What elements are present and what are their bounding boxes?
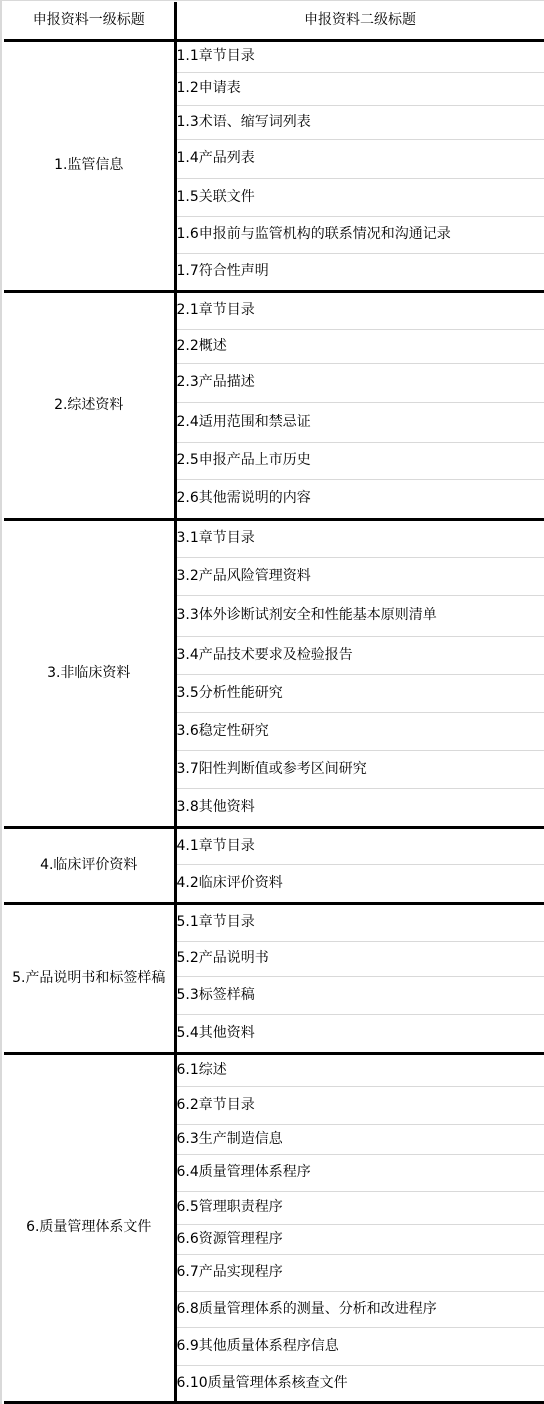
item-title-cell[interactable]: 5.4其他资料 <box>175 1014 544 1053</box>
table-row: 4.临床评价资料4.1章节目录 <box>4 827 544 864</box>
header-level1-title[interactable]: 申报资料一级标题 <box>4 2 175 40</box>
item-title-cell[interactable]: 1.1章节目录 <box>175 40 544 72</box>
item-title-cell[interactable]: 5.2产品说明书 <box>175 941 544 976</box>
spreadsheet: 申报资料一级标题 申报资料二级标题 1.监管信息1.1章节目录1.2申请表1.3… <box>0 0 544 1404</box>
item-title-cell[interactable]: 2.2概述 <box>175 329 544 363</box>
item-title-cell[interactable]: 2.3产品描述 <box>175 363 544 402</box>
item-title-cell[interactable]: 5.3标签样稿 <box>175 976 544 1014</box>
item-title-cell[interactable]: 3.3体外诊断试剂安全和性能基本原则清单 <box>175 595 544 636</box>
table-row: 2.综述资料2.1章节目录 <box>4 291 544 329</box>
item-title-cell[interactable]: 6.5管理职责程序 <box>175 1191 544 1224</box>
item-title-cell[interactable]: 6.10质量管理体系核查文件 <box>175 1365 544 1402</box>
item-title-cell[interactable]: 4.2临床评价资料 <box>175 864 544 903</box>
table-body: 1.监管信息1.1章节目录1.2申请表1.3术语、缩写词列表1.4产品列表1.5… <box>4 40 544 1402</box>
item-title-cell[interactable]: 6.7产品实现程序 <box>175 1254 544 1291</box>
item-title-cell[interactable]: 6.1综述 <box>175 1053 544 1086</box>
item-title-cell[interactable]: 3.6稳定性研究 <box>175 712 544 750</box>
header-row: 申报资料一级标题 申报资料二级标题 <box>4 2 544 40</box>
submission-materials-table: 申报资料一级标题 申报资料二级标题 1.监管信息1.1章节目录1.2申请表1.3… <box>4 2 544 1404</box>
item-title-cell[interactable]: 1.7符合性声明 <box>175 253 544 291</box>
item-title-cell[interactable]: 1.4产品列表 <box>175 139 544 178</box>
item-title-cell[interactable]: 6.6资源管理程序 <box>175 1224 544 1254</box>
item-title-cell[interactable]: 1.3术语、缩写词列表 <box>175 105 544 139</box>
table-row: 1.监管信息1.1章节目录 <box>4 40 544 72</box>
item-title-cell[interactable]: 6.3生产制造信息 <box>175 1124 544 1154</box>
item-title-cell[interactable]: 2.1章节目录 <box>175 291 544 329</box>
group-title-cell[interactable]: 6.质量管理体系文件 <box>4 1053 175 1402</box>
item-title-cell[interactable]: 6.8质量管理体系的测量、分析和改进程序 <box>175 1291 544 1327</box>
item-title-cell[interactable]: 2.5申报产品上市历史 <box>175 442 544 479</box>
item-title-cell[interactable]: 6.9其他质量体系程序信息 <box>175 1327 544 1365</box>
item-title-cell[interactable]: 1.5关联文件 <box>175 178 544 216</box>
item-title-cell[interactable]: 3.2产品风险管理资料 <box>175 557 544 595</box>
table-row: 5.产品说明书和标签样稿5.1章节目录 <box>4 903 544 941</box>
group-title-cell[interactable]: 1.监管信息 <box>4 40 175 291</box>
item-title-cell[interactable]: 3.1章节目录 <box>175 519 544 557</box>
item-title-cell[interactable]: 6.4质量管理体系程序 <box>175 1154 544 1191</box>
item-title-cell[interactable]: 4.1章节目录 <box>175 827 544 864</box>
group-title-cell[interactable]: 5.产品说明书和标签样稿 <box>4 903 175 1053</box>
item-title-cell[interactable]: 3.5分析性能研究 <box>175 674 544 712</box>
table-row: 6.质量管理体系文件6.1综述 <box>4 1053 544 1086</box>
item-title-cell[interactable]: 1.6申报前与监管机构的联系情况和沟通记录 <box>175 216 544 253</box>
group-title-cell[interactable]: 4.临床评价资料 <box>4 827 175 903</box>
item-title-cell[interactable]: 3.7阳性判断值或参考区间研究 <box>175 750 544 788</box>
item-title-cell[interactable]: 2.4适用范围和禁忌证 <box>175 402 544 442</box>
item-title-cell[interactable]: 3.4产品技术要求及检验报告 <box>175 636 544 674</box>
header-level2-title[interactable]: 申报资料二级标题 <box>175 2 544 40</box>
group-title-cell[interactable]: 2.综述资料 <box>4 291 175 519</box>
item-title-cell[interactable]: 5.1章节目录 <box>175 903 544 941</box>
item-title-cell[interactable]: 6.2章节目录 <box>175 1086 544 1124</box>
group-title-cell[interactable]: 3.非临床资料 <box>4 519 175 827</box>
item-title-cell[interactable]: 2.6其他需说明的内容 <box>175 479 544 519</box>
item-title-cell[interactable]: 1.2申请表 <box>175 72 544 105</box>
table-row: 3.非临床资料3.1章节目录 <box>4 519 544 557</box>
item-title-cell[interactable]: 3.8其他资料 <box>175 788 544 827</box>
